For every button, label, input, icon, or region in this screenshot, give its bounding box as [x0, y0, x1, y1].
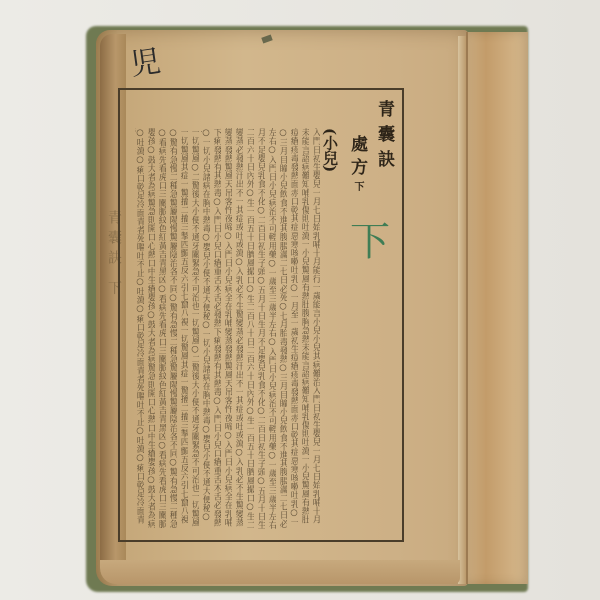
text-column: 一切驚風其症一驚搐二搐三掣四顫五反六引七竄八視一切驚風其症一驚搐二搐三掣四顫五反… [179, 128, 188, 530]
chapter-title: 處方下 [345, 135, 370, 191]
text-column: ○一切小兒諸病在胸中熱毒○嬰兒小便不通大便秘○一切小兒諸病在胸中熱毒○嬰兒小便不… [201, 128, 210, 530]
body-text: 入門日初生嬰兒一月七日始乳哺十月能行一歲能言小兒小兒其病難治入門日初生嬰兒一月七… [130, 128, 320, 530]
text-column: 痘瘡疹毒發熱面赤口乾其症惡寒咳嗽吐乳○一月至一歲初生痘瘡疹毒發熱面赤口乾其症惡寒… [289, 128, 298, 530]
chapter-title-text: 處方 [347, 135, 367, 181]
green-handwritten-annotation: 下 [350, 210, 390, 267]
text-column: 月不足嬰兒乳食不化○二百日初生子頭○五月十日生月不足嬰兒乳食不化○二百日初生子頭… [256, 128, 265, 530]
book-title: 青囊訣 [372, 100, 397, 175]
text-column: ○看病先看虎口三關脈紋色紅黃吉青黑凶○看病先看虎口三關脈紋色紅黃吉青黑凶○看病先… [157, 128, 166, 530]
handwritten-character: 児 [127, 36, 163, 84]
text-column: ○三月目瞳小兒飲食不進其腹脹滿二七日必死○七月胎毒發熱○三月目瞳小兒飲食不進其腹… [278, 128, 287, 530]
text-column: 二百六十日內外○生一百五十日臍風撮口○生二百八十日二百六十日內外○生一百五十日臍… [245, 128, 254, 530]
text-column: 變蒸發熱驚風天吊客忤夜啼○入門日小兒病全在乳哺變蒸發熱驚風天吊客忤夜啼○入門日小… [223, 128, 232, 530]
text-column: 下痢發熱有其熱毒○入門日小兒口瘡重舌木舌必發熱下痢發熱有其熱毒○入門日小兒口瘡重… [212, 128, 221, 530]
text-column: 嬰孩○鼓大者為病驚急則開口心熱口中生瘡嬰孩○鼓大者為病驚急則開口心熱口中生瘡嬰孩… [146, 128, 155, 530]
right-page [466, 32, 528, 584]
page-fold [458, 36, 466, 584]
text-column: ○吐瀉○痢口乾足冷面青者死嘔吐不止○吐瀉○痢口乾足冷面青者死嘔吐不止○吐瀉○痢口… [135, 128, 144, 530]
text-column: 變蒸必發熱汗出不一其症或吐或瀉○入乳必不生驚變蒸必發熱汗出不一其症或吐或瀉○入乳… [234, 128, 243, 530]
section-heading: (小兒) [320, 128, 341, 172]
text-column: 左右○入門日小兒病治不可輕用藥○一歲至三歲半左右○入門日小兒病治不可輕用藥○一歲… [267, 128, 276, 530]
text-column: 一切驚風○二驚後大小便不通牙關緊急不可治也一切驚風○二驚後大小便不通牙關緊急不可… [190, 128, 199, 530]
page-bottom-edge [100, 560, 460, 584]
volume-marker: 下 [352, 181, 363, 191]
text-column: ○驚有急慢二種急驚屬陽慢驚屬陰治各不同○驚有急慢二種急驚屬陽慢驚屬陰治各不同○驚… [168, 128, 177, 530]
text-column: 入門日初生嬰兒一月七日始乳哺十月能行一歲能言小兒小兒其病難治入門日初生嬰兒一月七… [311, 128, 320, 530]
text-column: 未能言語病難知哺乳傷則吐瀉一小兒驚風有熱肚腹胸急熱未能言語病難知哺乳傷則吐瀉一小… [300, 128, 309, 530]
